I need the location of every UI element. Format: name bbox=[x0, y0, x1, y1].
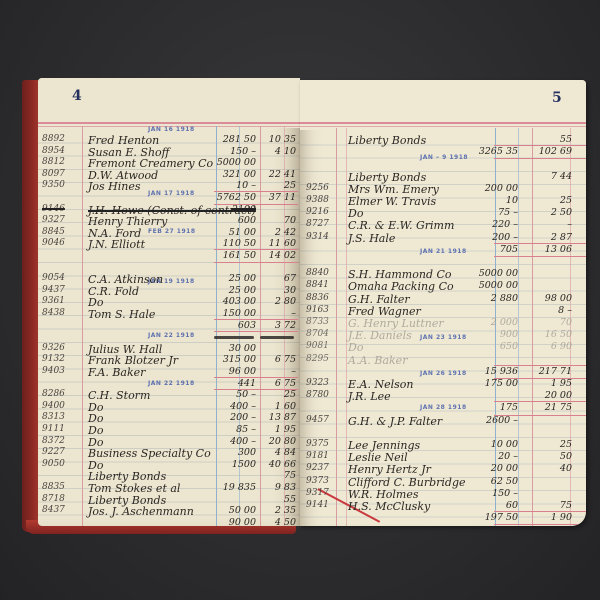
credit-amount: 1 95 bbox=[536, 378, 572, 389]
debit-amount: 281 50 bbox=[216, 134, 256, 145]
account-number: 9050 bbox=[42, 459, 65, 469]
ledger-entry-row: 8727C.R. & E.W. Grimm220 –– bbox=[300, 219, 586, 232]
credit-amount: 13 06 bbox=[536, 244, 572, 255]
debit-amount: 603 bbox=[216, 320, 256, 331]
account-number: 9373 bbox=[306, 476, 329, 486]
ledger-entry-row bbox=[300, 158, 586, 171]
debit-amount: 10 00 bbox=[478, 439, 518, 450]
debit-amount: 220 – bbox=[478, 219, 518, 230]
credit-amount: 30 bbox=[260, 285, 296, 296]
ledger-entry-row bbox=[300, 256, 586, 269]
account-name: S.H. Hammond Co bbox=[348, 268, 452, 281]
credit-amount: 3 72 bbox=[260, 320, 296, 331]
credit-amount: – bbox=[260, 308, 296, 319]
header-rule bbox=[38, 122, 300, 124]
debit-amount: 400 – bbox=[216, 401, 256, 412]
total-underline bbox=[494, 243, 586, 244]
ledger-entry-row: 9388Elmer W. Travis1025 bbox=[300, 195, 586, 208]
credit-amount: 2 50 bbox=[536, 207, 572, 218]
debit-amount: 30 00 bbox=[216, 343, 256, 354]
debit-amount: 10 – bbox=[216, 180, 256, 191]
credit-amount: 98 00 bbox=[536, 293, 572, 304]
account-number: 9046 bbox=[42, 238, 65, 248]
credit-amount: 2 80 bbox=[260, 296, 296, 307]
ledger-entry-row: 9373Clifford C. Burbridge62 50 bbox=[300, 476, 586, 489]
open-ledger-book: 4 JAN 16 1918JAN 17 1918FEB 27 1918JAN 1… bbox=[22, 72, 590, 534]
page-number: 5 bbox=[552, 90, 562, 106]
ledger-entry-row: 9081Do6506 90 bbox=[300, 341, 586, 354]
header-rule-secondary bbox=[300, 126, 586, 127]
credit-amount: – bbox=[260, 366, 296, 377]
credit-amount: 67 bbox=[260, 273, 296, 284]
credit-amount: 21 75 bbox=[536, 402, 572, 413]
debit-amount: 200 – bbox=[478, 232, 518, 243]
ledger-entry-row: 8733G. Henry Luttner2 00070 bbox=[300, 317, 586, 330]
credit-amount: 9 83 bbox=[260, 482, 296, 493]
ledger-page-left: 4 JAN 16 1918JAN 17 1918FEB 27 1918JAN 1… bbox=[38, 78, 300, 526]
debit-amount: 200 – bbox=[216, 412, 256, 423]
total-underline bbox=[494, 524, 586, 525]
account-number: 9375 bbox=[306, 439, 329, 449]
credit-amount: 50 bbox=[536, 451, 572, 462]
credit-amount: 2 35 bbox=[260, 505, 296, 516]
account-name: G. Henry Luttner bbox=[348, 317, 444, 330]
credit-amount: 55 bbox=[260, 494, 296, 505]
account-number: 9111 bbox=[42, 424, 65, 434]
account-number: 8954 bbox=[42, 146, 65, 156]
total-underline bbox=[494, 365, 586, 366]
total-underline bbox=[494, 511, 586, 512]
debit-amount: 2 880 bbox=[478, 293, 518, 304]
debit-amount: 2 000 bbox=[478, 317, 518, 328]
debit-amount: 321 00 bbox=[216, 169, 256, 180]
account-name: Liberty Bonds bbox=[348, 171, 426, 184]
account-number: 9314 bbox=[306, 232, 329, 242]
debit-amount: 300 bbox=[216, 447, 256, 458]
account-name: A.A. Baker bbox=[348, 354, 407, 367]
account-number: 9227 bbox=[42, 447, 65, 457]
account-number: 8835 bbox=[42, 482, 65, 492]
credit-amount: 11 60 bbox=[260, 238, 296, 249]
debit-amount: 5000 00 bbox=[478, 280, 518, 291]
credit-amount: 6 75 bbox=[260, 378, 296, 389]
debit-amount: 50 00 bbox=[216, 505, 256, 516]
credit-amount: 14 02 bbox=[260, 250, 296, 261]
account-number: 8727 bbox=[306, 219, 329, 229]
credit-amount: 75 bbox=[536, 500, 572, 511]
date-stamp: JAN 16 1918 bbox=[148, 126, 195, 133]
account-name: Do bbox=[348, 341, 363, 354]
credit-amount: – bbox=[536, 219, 572, 230]
account-name: Leslie Neil bbox=[348, 451, 408, 464]
account-number: 8718 bbox=[42, 494, 65, 504]
credit-amount: 25 bbox=[536, 439, 572, 450]
account-name: G.H. Falter bbox=[348, 293, 410, 306]
ledger-entry-row: 90 004 50 bbox=[38, 517, 300, 526]
account-number: 9146 bbox=[42, 204, 65, 214]
account-name: Henry Hertz Jr bbox=[348, 463, 431, 476]
debit-amount: 19 835 bbox=[216, 482, 256, 493]
debit-amount: 62 50 bbox=[478, 476, 518, 487]
debit-amount: 175 bbox=[478, 402, 518, 413]
account-number: 9457 bbox=[306, 415, 329, 425]
account-name: Do bbox=[348, 207, 363, 220]
credit-amount: 55 bbox=[536, 134, 572, 145]
debit-amount: 175 00 bbox=[478, 378, 518, 389]
debit-amount: 150 – bbox=[216, 146, 256, 157]
account-number: 8840 bbox=[306, 268, 329, 278]
account-number: 8812 bbox=[42, 157, 65, 167]
debit-amount: 400 – bbox=[216, 436, 256, 447]
debit-amount: 90 00 bbox=[216, 517, 256, 526]
account-number: 8313 bbox=[42, 412, 65, 422]
account-name: Liberty Bonds bbox=[348, 134, 426, 147]
page-number: 4 bbox=[72, 88, 82, 104]
account-name: J.R. Lee bbox=[348, 390, 391, 403]
ledger-entry-row: 9163Fred Wagner8 – bbox=[300, 305, 586, 318]
account-number: 9132 bbox=[42, 354, 65, 364]
credit-amount: 40 bbox=[536, 463, 572, 474]
debit-amount: 161 50 bbox=[216, 250, 256, 261]
ledger-entry-row: 9256Mrs Wm. Emery200 00 bbox=[300, 183, 586, 196]
debit-amount: 25 00 bbox=[216, 273, 256, 284]
account-number: 9054 bbox=[42, 273, 65, 283]
ledger-page-right: 5 JAN – 9 1918JAN 21 1918JAN 23 1918JAN … bbox=[300, 80, 586, 526]
debit-amount: 650 bbox=[478, 341, 518, 352]
account-name: E.A. Nelson bbox=[348, 378, 413, 391]
debit-amount: 150 – bbox=[478, 488, 518, 499]
account-name: Clifford C. Burbridge bbox=[348, 476, 466, 489]
credit-amount: 8 – bbox=[536, 305, 572, 316]
account-number: 8295 bbox=[306, 354, 329, 364]
credit-amount: 217 71 bbox=[536, 366, 572, 377]
account-number: 9163 bbox=[306, 305, 329, 315]
total-underline bbox=[214, 191, 298, 192]
debit-amount: 10 bbox=[478, 195, 518, 206]
account-number: 9361 bbox=[42, 296, 65, 306]
credit-amount: 4 50 bbox=[260, 517, 296, 526]
account-number: 8780 bbox=[306, 390, 329, 400]
debit-amount: 2100 bbox=[216, 204, 256, 215]
ledger-total-row: 197 501 90 bbox=[300, 512, 586, 525]
ledger-entry-row: 8836G.H. Falter2 88098 00 bbox=[300, 293, 586, 306]
credit-amount: 2 42 bbox=[260, 227, 296, 238]
account-number: 9327 bbox=[42, 215, 65, 225]
account-number: 9141 bbox=[306, 500, 329, 510]
credit-amount: 102 69 bbox=[536, 146, 572, 157]
account-number: 9323 bbox=[306, 378, 329, 388]
credit-amount: 20 80 bbox=[260, 436, 296, 447]
account-number: 9350 bbox=[42, 180, 65, 190]
ledger-entry-row: 9216Do75 –2 50 bbox=[300, 207, 586, 220]
debit-amount: 75 – bbox=[478, 207, 518, 218]
credit-amount: 25 bbox=[260, 180, 296, 191]
credit-amount: 75 bbox=[260, 470, 296, 481]
credit-amount: 1 95 bbox=[260, 424, 296, 435]
ledger-total-row: 15 936217 71 bbox=[300, 366, 586, 379]
account-name: Omaha Packing Co bbox=[348, 280, 454, 293]
debit-amount: 705 bbox=[478, 244, 518, 255]
account-name: C.R. & E.W. Grimm bbox=[348, 219, 454, 232]
account-number: 8437 bbox=[42, 505, 65, 515]
debit-amount: 197 50 bbox=[478, 512, 518, 523]
debit-amount: 200 00 bbox=[478, 183, 518, 194]
ledger-entry-row: 9375Lee Jennings10 0025 bbox=[300, 439, 586, 452]
debit-amount: 15 936 bbox=[478, 366, 518, 377]
ledger-entry-row: 8704J.E. Daniels90016 50 bbox=[300, 329, 586, 342]
debit-amount: 96 00 bbox=[216, 366, 256, 377]
debit-amount: 3265 35 bbox=[478, 146, 518, 157]
credit-amount: 10 35 bbox=[260, 134, 296, 145]
credit-amount: 70 bbox=[260, 215, 296, 226]
credit-amount: 16 50 bbox=[536, 329, 572, 340]
credit-amount: 1 60 bbox=[260, 401, 296, 412]
ink-blot bbox=[214, 336, 254, 339]
credit-amount: 4 84 bbox=[260, 447, 296, 458]
credit-amount: 37 11 bbox=[260, 192, 296, 203]
total-underline bbox=[494, 145, 586, 146]
account-name: Elmer W. Travis bbox=[348, 195, 436, 208]
account-number: 9437 bbox=[42, 285, 65, 295]
debit-amount: 50 – bbox=[216, 389, 256, 400]
credit-amount: 40 66 bbox=[260, 459, 296, 470]
credit-amount: 1 90 bbox=[536, 512, 572, 523]
ledger-entry-row: 8841Omaha Packing Co5000 00 bbox=[300, 280, 586, 293]
debit-amount: 5000 00 bbox=[478, 268, 518, 279]
account-number: 8733 bbox=[306, 317, 329, 327]
debit-amount: 150 00 bbox=[216, 308, 256, 319]
account-name: Lee Jennings bbox=[348, 439, 420, 452]
ledger-total-row: 17521 75 bbox=[300, 402, 586, 415]
account-name: G.H. & J.P. Falter bbox=[348, 415, 442, 428]
credit-amount: 2 87 bbox=[536, 232, 572, 243]
account-number: 9237 bbox=[306, 463, 329, 473]
account-number: 9388 bbox=[306, 195, 329, 205]
debit-amount: 5000 00 bbox=[216, 157, 256, 168]
ledger-entry-row bbox=[300, 427, 586, 440]
account-number: 8438 bbox=[42, 308, 65, 318]
account-number: 9081 bbox=[306, 341, 329, 351]
debit-amount: 85 – bbox=[216, 424, 256, 435]
debit-amount: 441 bbox=[216, 378, 256, 389]
credit-amount: 25 bbox=[536, 195, 572, 206]
total-underline bbox=[214, 249, 298, 250]
ledger-total-row: 3265 35102 69 bbox=[300, 146, 586, 159]
account-number: 8841 bbox=[306, 280, 329, 290]
credit-amount: 13 87 bbox=[260, 412, 296, 423]
account-number: 8892 bbox=[42, 134, 65, 144]
credit-amount: 25 bbox=[260, 389, 296, 400]
ledger-entry-row: 9457G.H. & J.P. Falter2600 – bbox=[300, 415, 586, 428]
account-number: 9403 bbox=[42, 366, 65, 376]
account-number: 8372 bbox=[42, 436, 65, 446]
account-name: J.S. Hale bbox=[348, 232, 395, 245]
credit-amount: 20 00 bbox=[536, 390, 572, 401]
ledger-entry-row: 9317W.R. Holmes150 – bbox=[300, 488, 586, 501]
debit-amount: 600 bbox=[216, 215, 256, 226]
account-number: 8845 bbox=[42, 227, 65, 237]
total-underline bbox=[214, 377, 298, 378]
debit-amount: 20 – bbox=[478, 451, 518, 462]
ledger-entry-row: 9181Leslie Neil20 –50 bbox=[300, 451, 586, 464]
ledger-entry-row: 9237Henry Hertz Jr20 0040 bbox=[300, 463, 586, 476]
total-underline bbox=[214, 319, 298, 320]
credit-amount: 70 bbox=[536, 317, 572, 328]
debit-amount: 1500 bbox=[216, 459, 256, 470]
account-number: 9216 bbox=[306, 207, 329, 217]
debit-amount: 2600 – bbox=[478, 415, 518, 426]
account-number: 9400 bbox=[42, 401, 65, 411]
debit-amount: 110 50 bbox=[216, 238, 256, 249]
account-name: H.S. McClusky bbox=[348, 500, 430, 513]
account-number: 9317 bbox=[306, 488, 329, 498]
credit-amount: 4 10 bbox=[260, 146, 296, 157]
header-rule bbox=[300, 122, 586, 124]
account-name: Mrs Wm. Emery bbox=[348, 183, 439, 196]
account-name: Fred Wagner bbox=[348, 305, 421, 318]
account-number: 9256 bbox=[306, 183, 329, 193]
account-name: W.R. Holmes bbox=[348, 488, 418, 501]
credit-amount: 7 44 bbox=[536, 171, 572, 182]
debit-amount: 900 bbox=[478, 329, 518, 340]
total-underline bbox=[494, 401, 586, 402]
ledger-entry-row: 9323E.A. Nelson175 001 95 bbox=[300, 378, 586, 391]
ink-blot bbox=[260, 336, 294, 339]
account-number: 8704 bbox=[306, 329, 329, 339]
debit-amount: 25 00 bbox=[216, 285, 256, 296]
credit-amount: 22 41 bbox=[260, 169, 296, 180]
ledger-total-row: 70513 06 bbox=[300, 244, 586, 257]
debit-amount: 403 00 bbox=[216, 296, 256, 307]
credit-amount: 6 75 bbox=[260, 354, 296, 365]
account-number: 9181 bbox=[306, 451, 329, 461]
debit-amount: 51 00 bbox=[216, 227, 256, 238]
account-number: 8097 bbox=[42, 169, 65, 179]
account-number: 8286 bbox=[42, 389, 65, 399]
debit-amount: 20 00 bbox=[478, 463, 518, 474]
debit-amount: 315 00 bbox=[216, 354, 256, 365]
debit-amount: 5762 50 bbox=[216, 192, 256, 203]
account-number: 8836 bbox=[306, 293, 329, 303]
account-name: J.E. Daniels bbox=[348, 329, 412, 342]
debit-amount: 60 bbox=[478, 500, 518, 511]
account-number: 9326 bbox=[42, 343, 65, 353]
credit-amount: 6 90 bbox=[536, 341, 572, 352]
ledger-entry-row: Liberty Bonds7 44 bbox=[300, 171, 586, 184]
ledger-entry-row: 8840S.H. Hammond Co5000 00 bbox=[300, 268, 586, 281]
